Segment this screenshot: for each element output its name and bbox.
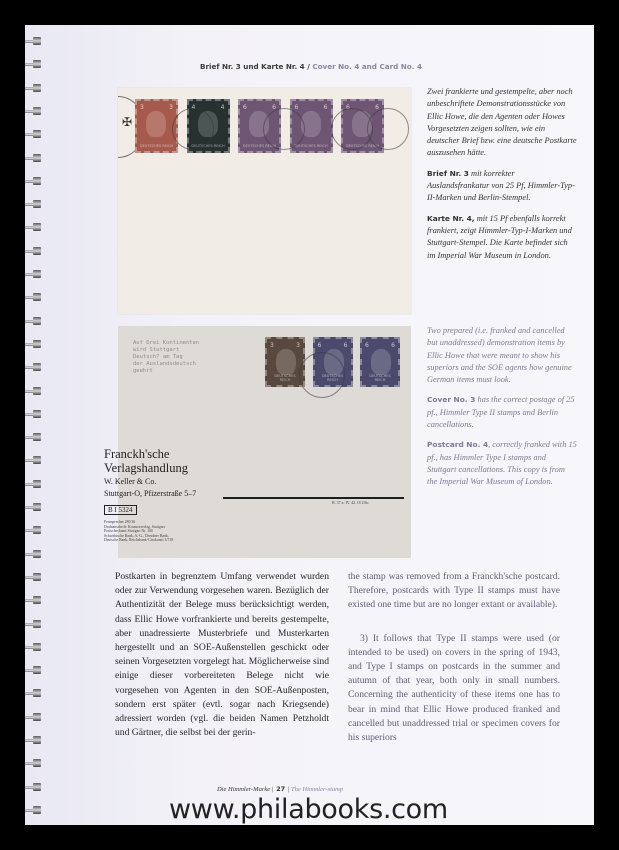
- caption-german-intro: Zwei frankierte und gestempelte, aber no…: [427, 86, 577, 160]
- header-english: Cover No. 4 and Card No. 4: [312, 62, 422, 71]
- body-english-paragraph-1: the stamp was removed from a Franckh'sch…: [348, 570, 560, 613]
- spiral-ring: [25, 200, 41, 209]
- footer-german-title: Die Himmler-Marke: [217, 786, 270, 793]
- letterhead-fine-print: Fernsprecher 280 36Drahtanschrift: Kosmo…: [104, 520, 244, 543]
- caption-english-intro: Two prepared (i.e. franked and cancelled…: [427, 325, 577, 386]
- address-rule: [223, 497, 404, 499]
- spiral-ring: [25, 713, 41, 722]
- letterhead-company: W. Keller & Co.: [104, 477, 244, 487]
- postmark: [263, 108, 305, 150]
- spiral-ring: [25, 666, 41, 675]
- slogan-cancellation: Auf Drei Kontinentenwird StuttgartDeutsc…: [133, 340, 223, 375]
- spiral-ring: [25, 223, 41, 232]
- body-german-paragraph: Postkarten in begrenztem Umfang verwende…: [115, 570, 329, 740]
- spiral-ring: [25, 340, 41, 349]
- spiral-ring: [25, 247, 41, 256]
- page-header: Brief Nr. 3 und Karte Nr. 4 / Cover No. …: [200, 62, 422, 71]
- postmark: [367, 108, 409, 150]
- body-german-column: Postkarten in begrenztem Umfang verwende…: [115, 570, 329, 740]
- spiral-ring: [25, 270, 41, 279]
- body-english-paragraph-2: 3) It follows that Type II stamps were u…: [348, 632, 560, 746]
- spiral-ring: [25, 130, 41, 139]
- spiral-ring: [25, 363, 41, 372]
- caption-english: Two prepared (i.e. franked and cancelled…: [427, 325, 577, 497]
- header-german: Brief Nr. 3 und Karte Nr. 4 /: [200, 62, 312, 71]
- spiral-ring: [25, 293, 41, 302]
- spiral-ring: [25, 503, 41, 512]
- spiral-ring: [25, 84, 41, 93]
- eagle-icon: ✠: [122, 113, 134, 131]
- caption-english-item-1: Cover No. 3 has the correct postage of 2…: [427, 394, 577, 431]
- print-mark: B. 37 a. IV. 42. O/116c: [332, 500, 369, 505]
- spiral-ring: [25, 689, 41, 698]
- spiral-binding: [25, 25, 45, 825]
- spiral-ring: [25, 456, 41, 465]
- postmark: [299, 352, 345, 398]
- page-number: 27: [276, 785, 285, 793]
- spiral-ring: [25, 480, 41, 489]
- spiral-ring: [25, 60, 41, 69]
- letterhead-box: B I 5324: [104, 505, 137, 515]
- spiral-ring: [25, 573, 41, 582]
- spiral-ring: [25, 759, 41, 768]
- spiral-ring: [25, 783, 41, 792]
- letterhead: Franckh'sche Verlagshandlung W. Keller &…: [104, 447, 244, 543]
- letterhead-name-1: Franckh'sche: [104, 447, 244, 461]
- caption-german-item-1: Brief Nr. 3 mit korrekter Auslandsfranka…: [427, 168, 577, 205]
- spiral-ring: [25, 550, 41, 559]
- body-english-column: the stamp was removed from a Franckh'sch…: [348, 570, 560, 745]
- postmark: [172, 108, 214, 150]
- spiral-ring: [25, 154, 41, 163]
- spiral-ring: [25, 387, 41, 396]
- spiral-ring: [25, 596, 41, 605]
- letterhead-name-2: Verlagshandlung: [104, 461, 244, 475]
- spiral-ring: [25, 736, 41, 745]
- spiral-ring: [25, 526, 41, 535]
- caption-german-item-2: Karte Nr. 4, mit 15 Pf ebenfalls korrekt…: [427, 213, 577, 262]
- spiral-ring: [25, 177, 41, 186]
- spiral-ring: [25, 37, 41, 46]
- page-footer: Die Himmler-Marke |27| The Himmler-stamp: [217, 785, 343, 793]
- caption-english-item-2: Postcard No. 4, correctly franked with 1…: [427, 439, 577, 488]
- watermark-url: www.philabooks.com: [169, 794, 448, 825]
- spiral-ring: [25, 643, 41, 652]
- caption-german: Zwei frankierte und gestempelte, aber no…: [427, 86, 577, 270]
- spiral-ring: [25, 620, 41, 629]
- spiral-ring: [25, 433, 41, 442]
- footer-english-title: The Himmler-stamp: [291, 786, 343, 793]
- spiral-ring: [25, 806, 41, 815]
- spiral-ring: [25, 317, 41, 326]
- spiral-ring: [25, 410, 41, 419]
- postage-stamp: 66DEUTSCHES REICH: [360, 337, 400, 387]
- spiral-ring: [25, 107, 41, 116]
